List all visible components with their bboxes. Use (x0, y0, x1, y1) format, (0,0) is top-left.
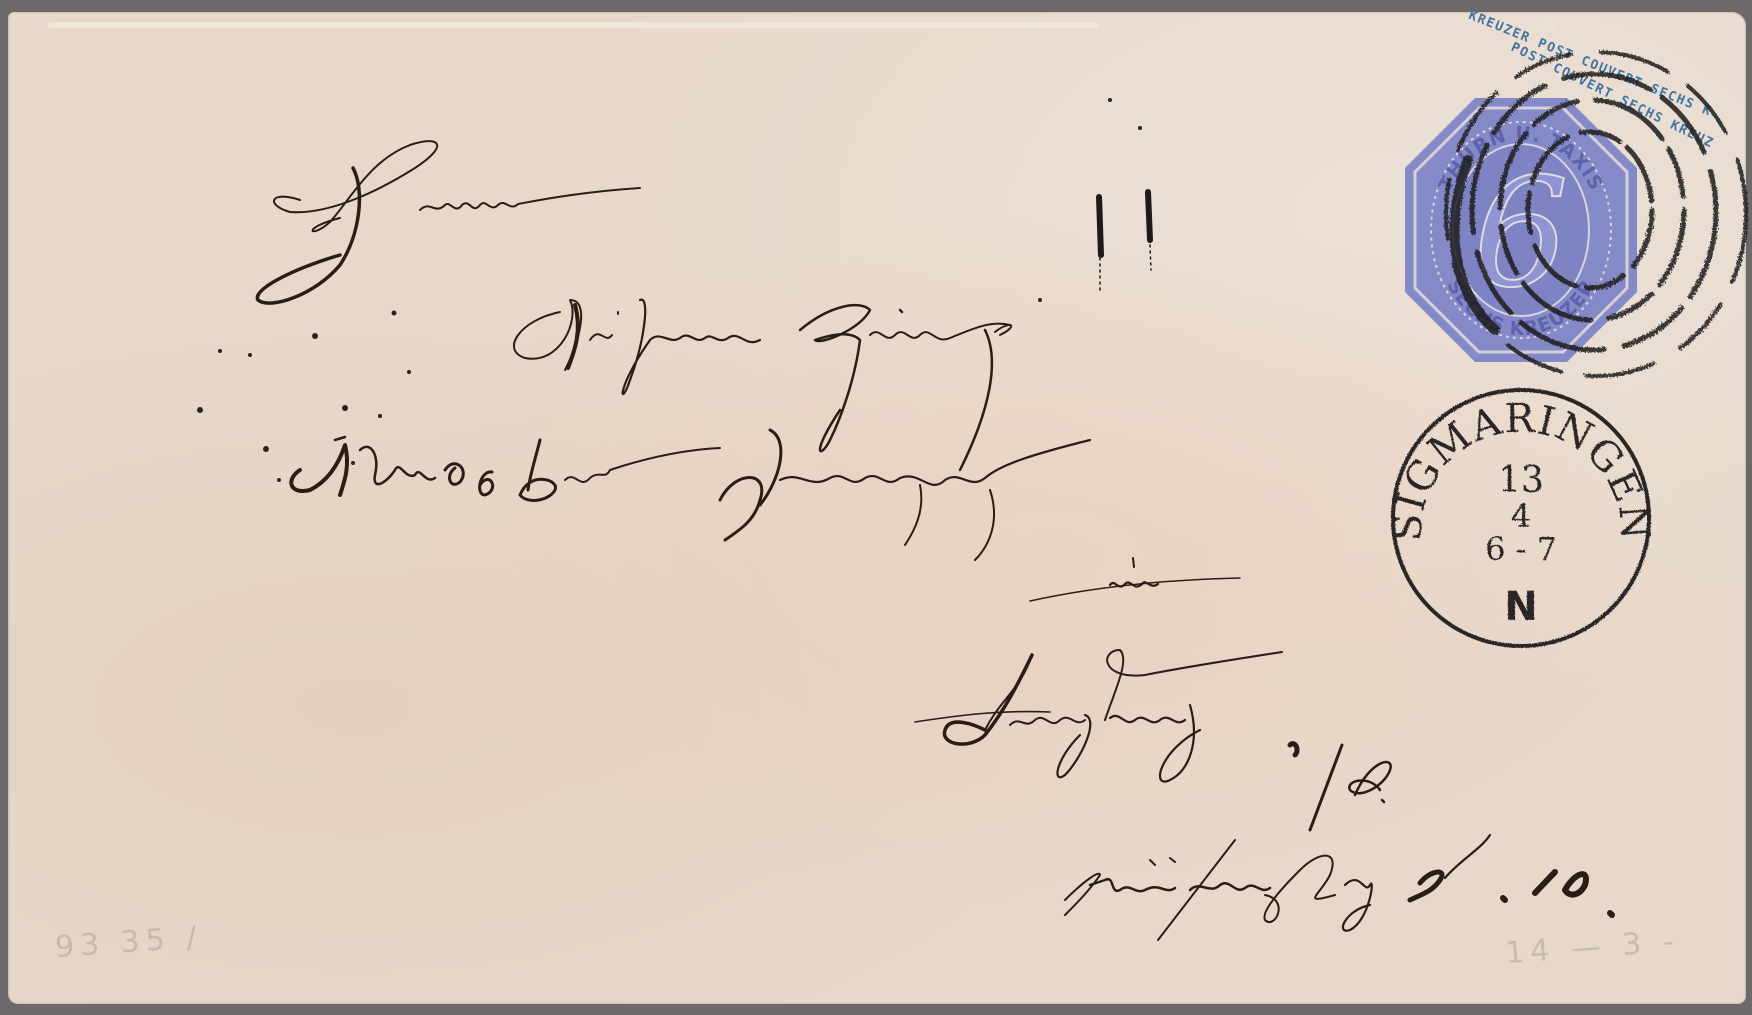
postmark-time: 6 - 7 (1485, 530, 1557, 568)
handwriting-street (1065, 835, 1612, 940)
stamp-numeral: 6 (1473, 147, 1568, 321)
postmark-suffix: N (1504, 584, 1537, 630)
ink-speckles (197, 98, 1142, 482)
postmark: SIGMARINGEN 13 4 6 - 7 N (1384, 390, 1658, 646)
handwriting-city (915, 650, 1391, 830)
handwriting-herrn (257, 141, 640, 303)
handwriting-name (514, 300, 1011, 470)
handwriting-preposition (1030, 558, 1240, 601)
ink-marks (1099, 192, 1151, 290)
envelope-artwork: 6 THURN U. TAXIS SECHS KREUZER SIGMARING… (0, 0, 1752, 1015)
postmark-day: 13 (1498, 460, 1544, 501)
